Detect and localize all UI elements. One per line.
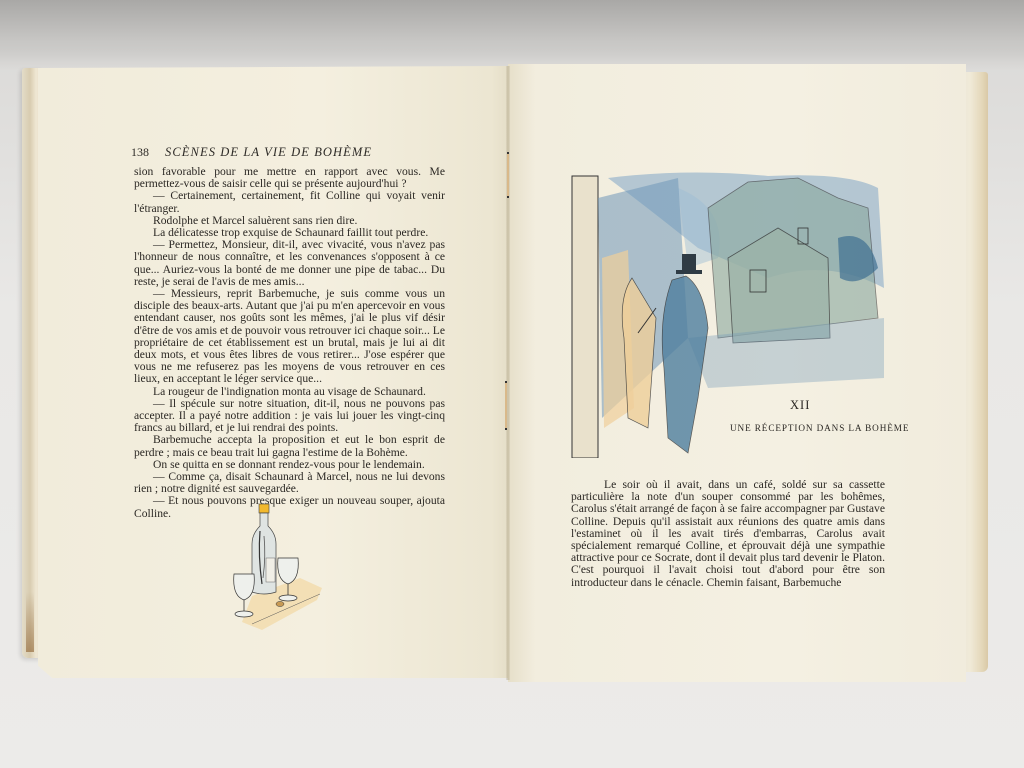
edge-stain <box>26 592 34 652</box>
right-page-text: Le soir où il avait, dans un café, soldé… <box>571 479 885 589</box>
running-head: 138 SCÈNES DE LA VIE DE BOHÈME <box>131 145 461 161</box>
chapter-number: XII <box>790 398 810 413</box>
page-number: 138 <box>131 145 149 160</box>
paragraph: sion favorable pour me mettre en rapport… <box>134 166 445 190</box>
paragraph: Le soir où il avait, dans un café, soldé… <box>571 479 885 589</box>
paragraph: Barbemuche accepta la proposition et eut… <box>134 434 445 458</box>
street-scene-illustration <box>568 168 890 458</box>
bottle-and-glasses-illustration <box>222 496 322 630</box>
binding-thread-top <box>507 153 509 197</box>
paragraph: — Permettez, Monsieur, dit-il, avec viva… <box>134 239 445 288</box>
paragraph: — Certainement, certainement, fit Collin… <box>134 190 445 214</box>
chapter-title: UNE RÉCEPTION DANS LA BOHÈME <box>730 423 909 433</box>
binding-thread-bottom <box>505 382 507 429</box>
paragraph: — Messieurs, reprit Barbemuche, je suis … <box>134 288 445 386</box>
paragraph: — Comme ça, disait Schaunard à Marcel, n… <box>134 471 445 495</box>
left-page-text: sion favorable pour me mettre en rapport… <box>134 166 445 520</box>
running-title: SCÈNES DE LA VIE DE BOHÈME <box>165 145 372 160</box>
paragraph: — Il spécule sur notre situation, dit-il… <box>134 398 445 435</box>
background-shadow <box>0 0 1024 70</box>
